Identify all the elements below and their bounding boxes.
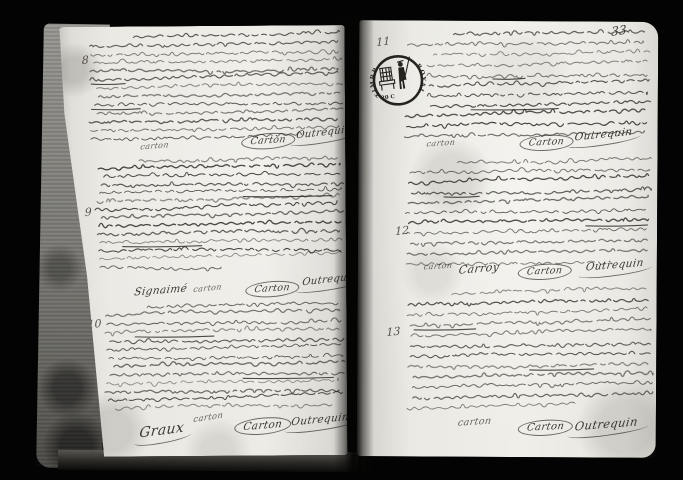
handwritten-line [406, 228, 646, 236]
handwritten-line [457, 157, 651, 165]
handwritten-line [434, 49, 650, 57]
handwritten-line [101, 209, 343, 219]
handwritten-line [104, 171, 341, 178]
entry-number-13: 13 [386, 324, 400, 339]
underlined-name-jean-baptiste [585, 225, 647, 226]
handwritten-line [430, 100, 650, 107]
handwritten-line [99, 92, 343, 98]
handwritten-line [94, 57, 342, 64]
handwritten-line [408, 362, 648, 370]
handwritten-line [106, 378, 338, 387]
register-page-right: 33 [357, 20, 659, 458]
handwritten-line [133, 30, 339, 38]
handwritten-line [109, 353, 343, 361]
handwritten-line [427, 60, 647, 68]
handwritten-line [410, 166, 650, 174]
scanned-register-spread: 8910cartonCartonOutrequinSignaimécartonC… [0, 0, 683, 480]
handwritten-line [413, 371, 653, 379]
handwritten-line [101, 181, 343, 189]
entry-number-11: 11 [376, 34, 390, 49]
underlined-name-petit [91, 84, 126, 85]
handwritten-line [427, 71, 647, 79]
handwritten-line [408, 40, 644, 48]
handwritten-line [108, 391, 342, 401]
underlined-name [122, 246, 202, 247]
handwritten-line [407, 402, 575, 410]
handwritten-line [110, 337, 344, 344]
handwritten-line [115, 402, 333, 410]
signature-carton: carton [457, 415, 492, 428]
entry-number-9: 9 [85, 205, 92, 219]
underlined-name [135, 336, 215, 337]
handwritten-line [107, 343, 341, 351]
handwritten-line [90, 40, 338, 47]
handwritten-line [410, 317, 650, 328]
handwritten-line [100, 265, 221, 272]
handwritten-line [114, 360, 345, 367]
handwritten-line [429, 79, 649, 88]
entry-number-8: 8 [82, 53, 89, 67]
handwritten-line [91, 50, 339, 57]
handwritten-line [90, 71, 338, 81]
handwritten-line [407, 248, 647, 255]
handwritten-line [98, 163, 340, 171]
handwritten-line [95, 101, 343, 106]
handwritten-line [147, 302, 341, 308]
handwritten-line [97, 193, 339, 203]
handwritten-line [139, 156, 337, 163]
underlined-name-scribe [492, 78, 525, 79]
underlined-name [414, 329, 476, 330]
handwriting-left [57, 25, 348, 457]
handwritten-line [409, 217, 649, 224]
handwritten-line [106, 308, 340, 316]
handwritten-line [99, 220, 341, 228]
handwritten-line [410, 342, 650, 349]
handwritten-line [412, 187, 652, 196]
handwritten-line [89, 117, 337, 124]
handwritten-line [97, 81, 343, 89]
handwritten-line [105, 325, 339, 335]
handwritten-line [408, 298, 648, 306]
handwritten-line [107, 318, 341, 326]
handwritten-line [407, 307, 647, 317]
handwritten-line [410, 239, 647, 247]
handwritten-line [100, 186, 342, 193]
handwritten-line [412, 380, 652, 388]
handwritten-line [100, 238, 342, 244]
entry-number-12: 12 [395, 224, 409, 239]
register-page-left: 8910cartonCartonOutrequinSignaimécartonC… [57, 25, 348, 457]
underlined-name [243, 377, 334, 378]
handwritten-line [452, 287, 646, 295]
underlined-name-carroy [444, 196, 480, 197]
handwritten-line [413, 391, 653, 400]
handwritten-line [100, 251, 342, 259]
handwritten-line [427, 91, 647, 98]
handwritten-line [411, 328, 651, 337]
signature-carton: carton [426, 138, 456, 149]
signature-carton: carton [423, 261, 453, 272]
handwritten-line [105, 388, 339, 394]
royal-stamp: TIMBRE ROYAL 20 C [365, 48, 430, 113]
handwritten-line [405, 208, 645, 216]
handwritten-line [110, 371, 344, 377]
underlined-name-adèle-julia [529, 369, 594, 370]
underlined-name-adolphe [91, 109, 141, 110]
handwritten-line [454, 29, 645, 36]
handwritten-line [410, 351, 650, 358]
handwritten-line [408, 174, 648, 186]
handwritten-line [98, 228, 340, 236]
underlined-name [471, 109, 559, 111]
